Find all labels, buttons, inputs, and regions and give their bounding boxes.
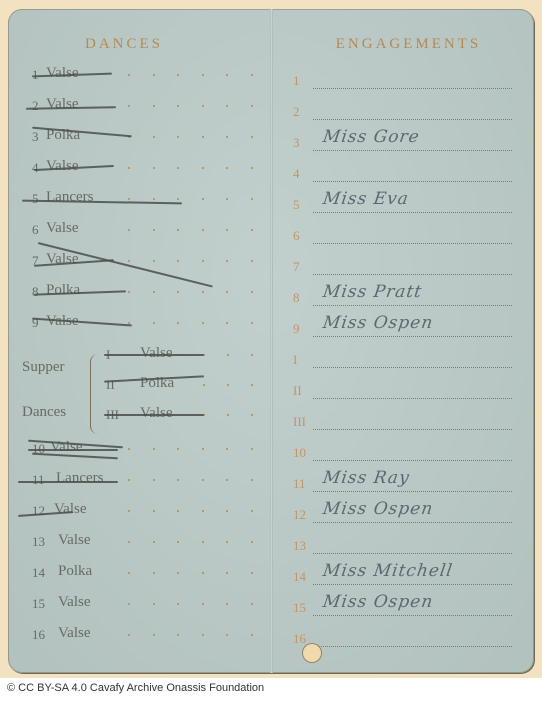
pencil-strike: [28, 449, 118, 451]
dotted-leader: [128, 563, 253, 583]
engagement-row: II: [273, 379, 534, 403]
dotted-leader: [203, 405, 253, 425]
dotted-line: [313, 150, 512, 151]
engagement-name: Miss Ospen: [322, 592, 435, 612]
dance-row: 8 Polka: [8, 282, 270, 306]
engagement-number: 2: [293, 104, 300, 120]
engagement-name: Miss Pratt: [322, 282, 424, 302]
dance-row: 7 Valse: [8, 251, 270, 275]
dotted-line: [313, 429, 512, 430]
dance-name: Polka: [46, 282, 80, 299]
dance-row: 6 Valse: [8, 220, 270, 244]
dotted-leader: [203, 375, 253, 395]
dance-name: Valse: [54, 501, 87, 518]
dotted-line: [313, 181, 512, 182]
dance-row: 11 Lancers: [8, 470, 270, 494]
engagement-row: 5Miss Eva: [273, 193, 534, 217]
engagement-number: 14: [293, 569, 306, 585]
dotted-line: [313, 491, 512, 492]
dotted-leader: [128, 470, 253, 490]
dance-number: 2: [32, 98, 39, 114]
engagement-number: II: [293, 383, 302, 399]
dotted-line: [313, 615, 512, 616]
dotted-line: [313, 274, 512, 275]
engagement-row: 9Miss Ospen: [273, 317, 534, 341]
dance-row: 14 Polka: [8, 563, 270, 587]
dotted-line: [313, 646, 512, 647]
dance-number: 13: [32, 534, 45, 550]
dance-row: 4 Valse: [8, 158, 270, 182]
engagement-row: 7: [273, 255, 534, 279]
dance-number: 3: [32, 129, 39, 145]
engagement-number: 5: [293, 197, 300, 213]
engagement-number: III: [293, 414, 306, 430]
engagement-number: I: [293, 352, 297, 368]
dance-row: 5 Lancers: [8, 189, 270, 213]
engagement-name: Miss Gore: [322, 127, 422, 147]
dance-number: 11: [32, 472, 45, 488]
dotted-leader: [128, 65, 253, 85]
dance-row: 16 Valse: [8, 625, 270, 649]
dance-number: 16: [32, 627, 45, 643]
dotted-line: [313, 584, 512, 585]
engagement-row: 11Miss Ray: [273, 472, 534, 496]
engagement-number: 9: [293, 321, 300, 337]
dotted-line: [313, 88, 512, 89]
dance-name: Valse: [58, 532, 91, 549]
supper-dance-row: III Valse: [8, 405, 270, 429]
engagement-number: 4: [293, 166, 300, 182]
engagement-number: 8: [293, 290, 300, 306]
engagement-number: 1: [293, 73, 300, 89]
engagement-number: 3: [293, 135, 300, 151]
dotted-line: [313, 212, 512, 213]
engagement-number: 12: [293, 507, 306, 523]
dance-number: 14: [32, 565, 45, 581]
engagement-number: 7: [293, 259, 300, 275]
dance-number: 7: [32, 253, 39, 269]
dance-row: 12 Valse: [8, 501, 270, 525]
dotted-leader: [128, 127, 253, 147]
engagement-number: 11: [293, 476, 306, 492]
engagement-name: Miss Mitchell: [322, 561, 455, 581]
dotted-leader: [128, 501, 253, 521]
engagement-row: 8Miss Pratt: [273, 286, 534, 310]
engagement-row: 15Miss Ospen: [273, 596, 534, 620]
dance-name: Lancers: [56, 470, 103, 487]
dotted-line: [313, 522, 512, 523]
engagement-number: 15: [293, 600, 306, 616]
punch-hole: [302, 643, 322, 663]
dotted-leader: [128, 220, 253, 240]
dance-number: 15: [32, 596, 45, 612]
dotted-line: [313, 243, 512, 244]
dance-number: 12: [32, 503, 45, 519]
dance-row: 3 Polka: [8, 127, 270, 151]
engagements-panel: ENGAGEMENTS 1 2 3Miss Gore 4 5Miss Eva 6…: [273, 9, 534, 673]
engagement-row: 2: [273, 100, 534, 124]
dotted-leader: [128, 189, 253, 209]
engagement-row: 1: [273, 69, 534, 93]
engagement-row: 14Miss Mitchell: [273, 565, 534, 589]
dotted-leader: [128, 251, 253, 271]
engagement-row: I: [273, 348, 534, 372]
dance-row: 9 Valse: [8, 313, 270, 337]
dotted-leader: [128, 625, 253, 645]
dance-name: Polka: [58, 563, 92, 580]
dotted-line: [313, 553, 512, 554]
engagement-name: Miss Ray: [322, 468, 411, 488]
engagement-row: 12Miss Ospen: [273, 503, 534, 527]
supper-dance-row: I Valse: [8, 345, 270, 369]
dotted-line: [313, 119, 512, 120]
dotted-line: [313, 305, 512, 306]
dances-panel: DANCES 1 Valse 2 Valse 3 Polka 4 Valse: [8, 9, 270, 673]
dotted-leader: [128, 282, 253, 302]
supper-dance-row: II Polka: [8, 375, 270, 399]
dotted-leader: [128, 439, 253, 459]
engagement-name: Miss Eva: [322, 189, 411, 209]
dance-row: 1 Valse: [8, 65, 270, 89]
dotted-line: [313, 367, 512, 368]
dance-name: Valse: [58, 625, 91, 642]
engagement-row: 10: [273, 441, 534, 465]
copyright-credit: © CC BY-SA 4.0 Cavafy Archive Onassis Fo…: [7, 682, 542, 702]
dotted-line: [313, 460, 512, 461]
dance-number: 6: [32, 222, 39, 238]
dotted-leader: [203, 345, 253, 365]
dance-name: Valse: [58, 594, 91, 611]
dance-row: 2 Valse: [8, 96, 270, 120]
engagement-row: III: [273, 410, 534, 434]
dance-name: Valse: [46, 251, 79, 268]
dance-name: Valse: [46, 96, 79, 113]
dance-name: Valse: [46, 220, 79, 237]
engagement-number: 6: [293, 228, 300, 244]
dance-card: DANCES 1 Valse 2 Valse 3 Polka 4 Valse: [8, 9, 534, 673]
engagement-number: 10: [293, 445, 306, 461]
dotted-line: [313, 336, 512, 337]
dotted-leader: [128, 313, 253, 333]
pencil-strike: [18, 481, 118, 483]
pencil-strike: [104, 354, 204, 356]
engagements-heading: ENGAGEMENTS: [283, 36, 534, 53]
engagement-row: 3Miss Gore: [273, 131, 534, 155]
dances-heading: DANCES: [18, 36, 230, 53]
dance-row: 10 Valse: [8, 439, 270, 463]
engagement-row: 13: [273, 534, 534, 558]
engagement-row: 4: [273, 162, 534, 186]
engagement-row: 6: [273, 224, 534, 248]
dotted-leader: [128, 96, 253, 116]
dotted-leader: [128, 532, 253, 552]
dotted-leader: [128, 158, 253, 178]
dance-number: 8: [32, 284, 39, 300]
engagement-number: 16: [293, 631, 306, 647]
dance-name: Lancers: [46, 189, 93, 206]
engagement-name: Miss Ospen: [322, 313, 435, 333]
engagement-number: 13: [293, 538, 306, 554]
dotted-leader: [128, 594, 253, 614]
pencil-strike: [104, 414, 204, 416]
dance-row: 13 Valse: [8, 532, 270, 556]
dotted-line: [313, 398, 512, 399]
engagement-name: Miss Ospen: [322, 499, 435, 519]
dance-row: 15 Valse: [8, 594, 270, 618]
